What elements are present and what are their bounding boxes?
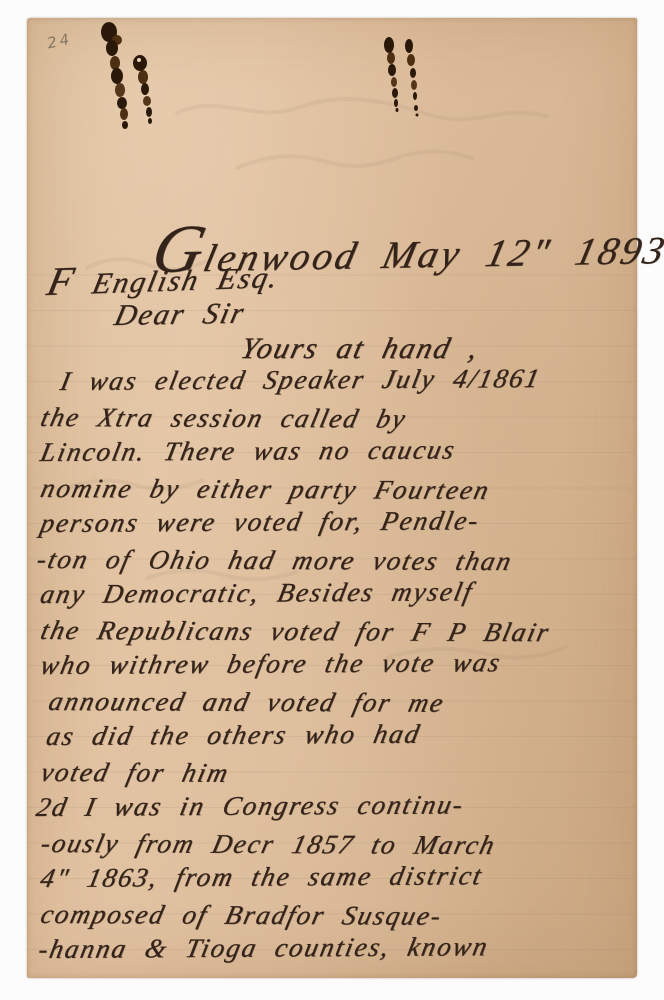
salutation-line: Dear Sir [111, 297, 249, 333]
scanned-letter-photo: 24 Glenwood May 12" 1893 F English Esq. … [0, 0, 664, 1000]
handwritten-line: Lincoln. There was no caucus [37, 431, 641, 470]
handwritten-line: persons were voted for, Pendle- [37, 502, 641, 541]
letter-page: 24 Glenwood May 12" 1893 F English Esq. … [27, 18, 637, 978]
handwritten-line: as did the others who had [43, 715, 641, 754]
handwritten-line: I was elected Speaker July 4/1861 [57, 360, 641, 399]
handwritten-line: any Democratic, Besides myself [37, 573, 641, 612]
letter-body: I was elected Speaker July 4/1861 the Xt… [37, 364, 633, 968]
handwritten-line: who withrew before the vote was [37, 644, 641, 683]
pencil-page-number: 24 [45, 30, 73, 53]
handwritten-line: 4" 1863, from the same district [37, 857, 641, 896]
handwritten-line: -hanna & Tioga counties, known [35, 928, 641, 967]
handwritten-line: 2d I was in Congress continu- [33, 786, 641, 825]
